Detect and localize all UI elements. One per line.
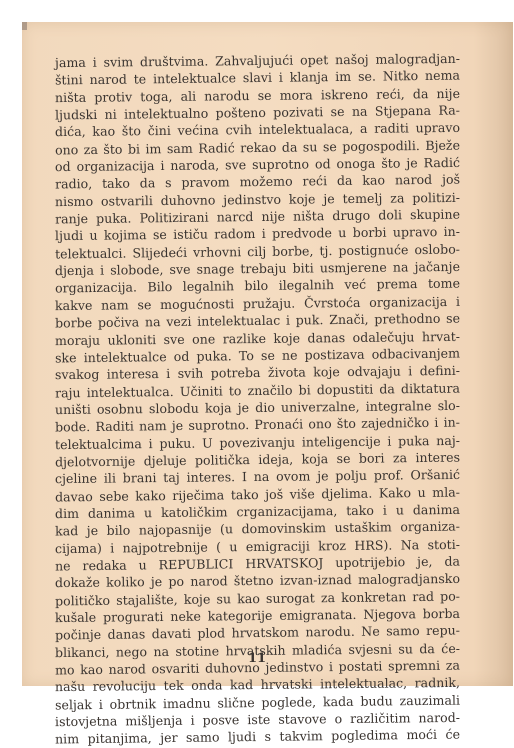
body-text: jama i svim društvima. Zahvaljujući opet… bbox=[55, 52, 460, 713]
paper-stain bbox=[22, 22, 27, 30]
page-number: 11 bbox=[0, 651, 514, 666]
